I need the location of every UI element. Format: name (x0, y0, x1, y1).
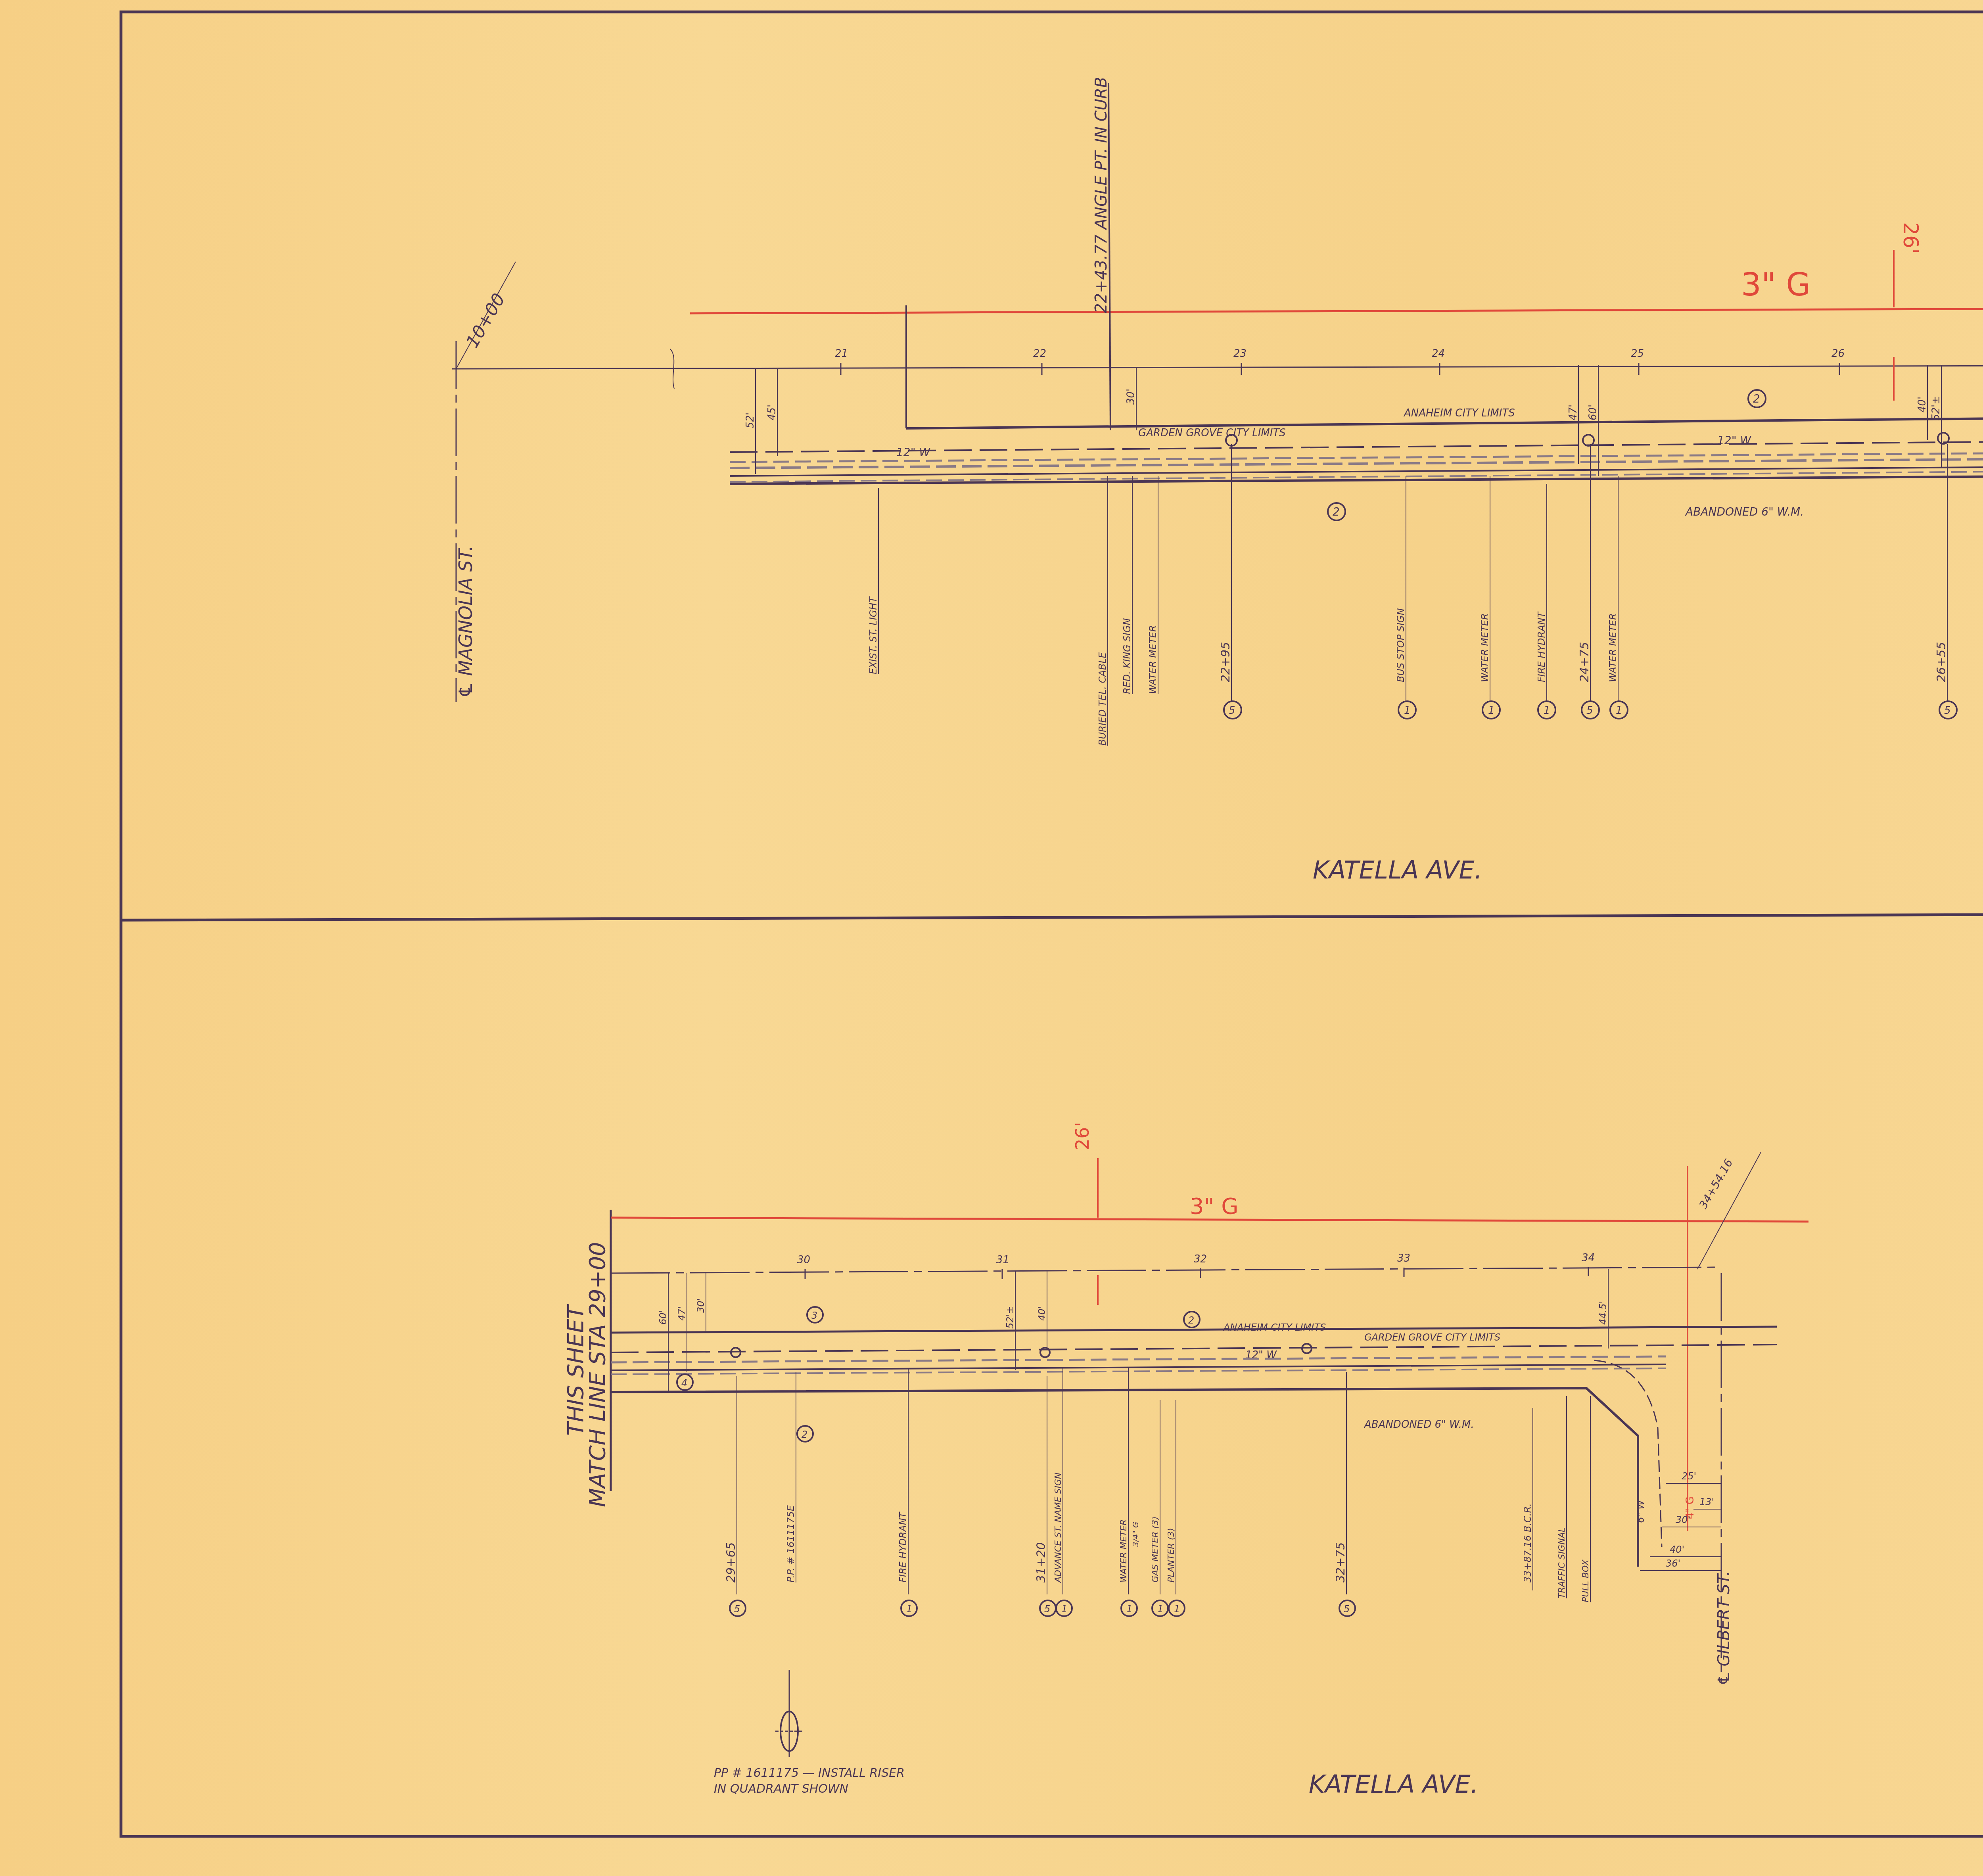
svg-text:40': 40' (1670, 1544, 1684, 1555)
svg-text:PLANTER (3): PLANTER (3) (1166, 1528, 1176, 1583)
city-limits-left: GARDEN GROVE CITY LIMITS (1138, 427, 1286, 439)
svg-text:5: 5 (734, 1604, 740, 1615)
svg-text:40': 40' (1036, 1306, 1047, 1321)
svg-text:1: 1 (1126, 1604, 1132, 1615)
svg-text:FIRE HYDRANT: FIRE HYDRANT (898, 1511, 909, 1583)
svg-text:32+75: 32+75 (1334, 1542, 1348, 1583)
riser-legend: PP # 1611175 — INSTALL RISER IN QUADRANT… (714, 1670, 905, 1796)
svg-text:32: 32 (1194, 1253, 1207, 1265)
panel-divider (121, 912, 1983, 920)
svg-text:26+55: 26+55 (1935, 642, 1948, 682)
svg-text:3" G: 3" G (1190, 1193, 1239, 1219)
svg-text:26': 26' (1072, 1122, 1093, 1150)
svg-text:3: 3 (811, 1310, 817, 1321)
street-name-upper: KATELLA AVE. (1313, 856, 1482, 884)
svg-text:31+20: 31+20 (1034, 1542, 1048, 1583)
svg-text:24+75: 24+75 (1578, 642, 1592, 682)
svg-text:5: 5 (1344, 1604, 1350, 1615)
svg-text:23: 23 (1233, 348, 1247, 360)
svg-text:52'±: 52'± (1005, 1306, 1016, 1329)
station-baseline-lower (611, 1267, 1721, 1273)
svg-text:36': 36' (1666, 1558, 1680, 1569)
svg-text:1: 1 (1544, 705, 1550, 717)
svg-text:PULL BOX: PULL BOX (1581, 1559, 1591, 1602)
riser-symbols-lower (731, 1344, 1312, 1357)
svg-text:WATER METER: WATER METER (1479, 613, 1490, 682)
riser-symbols (1226, 431, 1983, 446)
svg-text:40': 40' (1916, 397, 1928, 412)
svg-text:45': 45' (766, 405, 778, 420)
angle-point-label: 22+43.77 ANGLE PT. IN CURB (1092, 77, 1110, 313)
svg-text:ABANDONED 6" W.M.: ABANDONED 6" W.M. (1364, 1419, 1474, 1431)
svg-text:24: 24 (1432, 348, 1445, 360)
svg-text:30': 30' (1125, 389, 1137, 405)
city-limits-right: ANAHEIM CITY LIMITS (1403, 407, 1515, 419)
svg-text:2: 2 (802, 1429, 807, 1440)
svg-text:RED. KING SIGN: RED. KING SIGN (1122, 618, 1133, 694)
svg-text:℄ GILBERT ST.: ℄ GILBERT ST. (1715, 1571, 1733, 1686)
lower-plan: MATCH LINE STA 29+00 THIS SHEET 3" G 26'… (563, 1077, 1983, 1799)
water-line-lower (611, 1345, 1777, 1352)
station-baseline (452, 365, 1983, 369)
start-station-label: 10+00 (462, 290, 509, 351)
end-station-label: 34+54.16 (1696, 1157, 1735, 1211)
svg-text:5: 5 (1229, 705, 1235, 717)
svg-text:30': 30' (695, 1298, 706, 1313)
svg-text:30: 30 (797, 1254, 810, 1266)
svg-text:47': 47' (1567, 405, 1579, 420)
svg-text:1: 1 (1488, 705, 1495, 717)
svg-text:12" W: 12" W (1717, 434, 1751, 447)
svg-text:4: 4 (681, 1377, 687, 1389)
svg-text:52'±: 52'± (1930, 396, 1942, 420)
svg-text:FIRE HYDRANT: FIRE HYDRANT (1536, 611, 1547, 682)
svg-text:WATER METER: WATER METER (1607, 613, 1619, 682)
riser-note-line2: IN QUADRANT SHOWN (714, 1782, 848, 1796)
curb-line (730, 474, 1983, 484)
svg-text:22+95: 22+95 (1219, 642, 1233, 682)
svg-text:33+87.16 B.C.R.: 33+87.16 B.C.R. (1522, 1503, 1533, 1583)
svg-text:6" W: 6" W (1635, 1500, 1646, 1523)
svg-text:2: 2 (1333, 505, 1340, 518)
svg-text:22: 22 (1033, 348, 1046, 360)
svg-text:EXIST. ST. LIGHT: EXIST. ST. LIGHT (868, 596, 879, 674)
svg-text:2: 2 (1188, 1315, 1194, 1326)
svg-text:5: 5 (1586, 705, 1593, 717)
svg-text:33: 33 (1397, 1253, 1410, 1264)
svg-text:1: 1 (1157, 1604, 1163, 1615)
svg-text:1: 1 (1174, 1604, 1180, 1615)
svg-text:ADVANCE ST. NAME SIGN: ADVANCE ST. NAME SIGN (1053, 1473, 1063, 1583)
svg-text:5: 5 (1944, 705, 1951, 717)
match-line-sub-lower: THIS SHEET (563, 1304, 589, 1436)
svg-text:BURIED TEL. CABLE: BURIED TEL. CABLE (1097, 652, 1108, 746)
svg-text:GARDEN GROVE CITY LIMITS: GARDEN GROVE CITY LIMITS (1364, 1332, 1500, 1343)
pipe-callout-bubbles-lower: 4 3 2 2 (677, 1307, 1200, 1442)
svg-text:26: 26 (1831, 348, 1845, 360)
svg-text:1: 1 (1061, 1604, 1067, 1615)
svg-text:2: 2 (1753, 392, 1760, 405)
svg-text:52': 52' (744, 412, 756, 428)
svg-text:WATER METER: WATER METER (1147, 625, 1158, 694)
svg-text:12" W: 12" W (896, 446, 930, 459)
street-name-lower: KATELLA AVE. (1309, 1770, 1478, 1799)
svg-text:GAS METER (3): GAS METER (3) (1151, 1516, 1160, 1583)
station-ticks-lower: 30 31 32 33 34 (797, 1252, 1595, 1279)
svg-text:31: 31 (996, 1254, 1009, 1266)
svg-text:29+65: 29+65 (724, 1542, 738, 1583)
offset-label: 26' (1899, 222, 1922, 254)
drawing-sheet: 10+00 ℄ MAGNOLIA ST. 21 22 23 24 25 26 2… (0, 0, 1983, 1876)
svg-text:47': 47' (676, 1306, 687, 1321)
magnolia-street-label: ℄ MAGNOLIA ST. (455, 545, 476, 698)
sheet-border (121, 12, 1983, 1836)
riser-note-line1: PP # 1611175 — INSTALL RISER (714, 1766, 905, 1780)
station-ticks: 21 22 23 24 25 26 27 28 (835, 348, 1983, 375)
gas-main-red-line (690, 307, 1983, 313)
svg-text:30': 30' (1676, 1514, 1690, 1525)
svg-text:25: 25 (1631, 348, 1644, 360)
svg-text:5: 5 (1044, 1604, 1050, 1615)
svg-text:BUS STOP SIGN: BUS STOP SIGN (1395, 608, 1406, 682)
svg-text:44.5': 44.5' (1598, 1301, 1609, 1325)
svg-text:60': 60' (658, 1310, 669, 1325)
svg-text:60': 60' (1587, 405, 1599, 420)
svg-text:1: 1 (906, 1604, 912, 1615)
corner-dimensions: 25' 13' 30' 40' 36' 44.5' (1598, 1269, 1721, 1571)
svg-text:WATER METER: WATER METER (1119, 1519, 1129, 1583)
svg-text:3/4" G: 3/4" G (1131, 1522, 1140, 1547)
gas-main-label: 3" G (1741, 266, 1810, 303)
abandoned-main-label: ABANDONED 6" W.M. (1685, 505, 1804, 518)
svg-text:ANAHEIM CITY LIMITS: ANAHEIM CITY LIMITS (1223, 1322, 1326, 1333)
engineering-drawing: 10+00 ℄ MAGNOLIA ST. 21 22 23 24 25 26 2… (0, 0, 1983, 1876)
svg-text:1: 1 (1404, 705, 1411, 717)
upper-callouts: EXIST. ST. LIGHT BURIED TEL. CABLE RED. … (868, 444, 1983, 746)
upper-plan: 10+00 ℄ MAGNOLIA ST. 21 22 23 24 25 26 2… (452, 77, 1983, 884)
lower-callouts: 29+65 5 P.P. # 1611175E FIRE HYDRANT 1 3… (724, 1368, 1591, 1616)
svg-text:P.P. # 1611175E: P.P. # 1611175E (785, 1505, 796, 1583)
svg-text:1: 1 (1616, 705, 1622, 717)
svg-text:TRAFFIC SIGNAL: TRAFFIC SIGNAL (1557, 1527, 1567, 1598)
svg-text:25': 25' (1682, 1471, 1696, 1482)
svg-text:13': 13' (1699, 1496, 1714, 1508)
svg-text:34: 34 (1582, 1252, 1595, 1264)
svg-text:21: 21 (835, 348, 848, 360)
